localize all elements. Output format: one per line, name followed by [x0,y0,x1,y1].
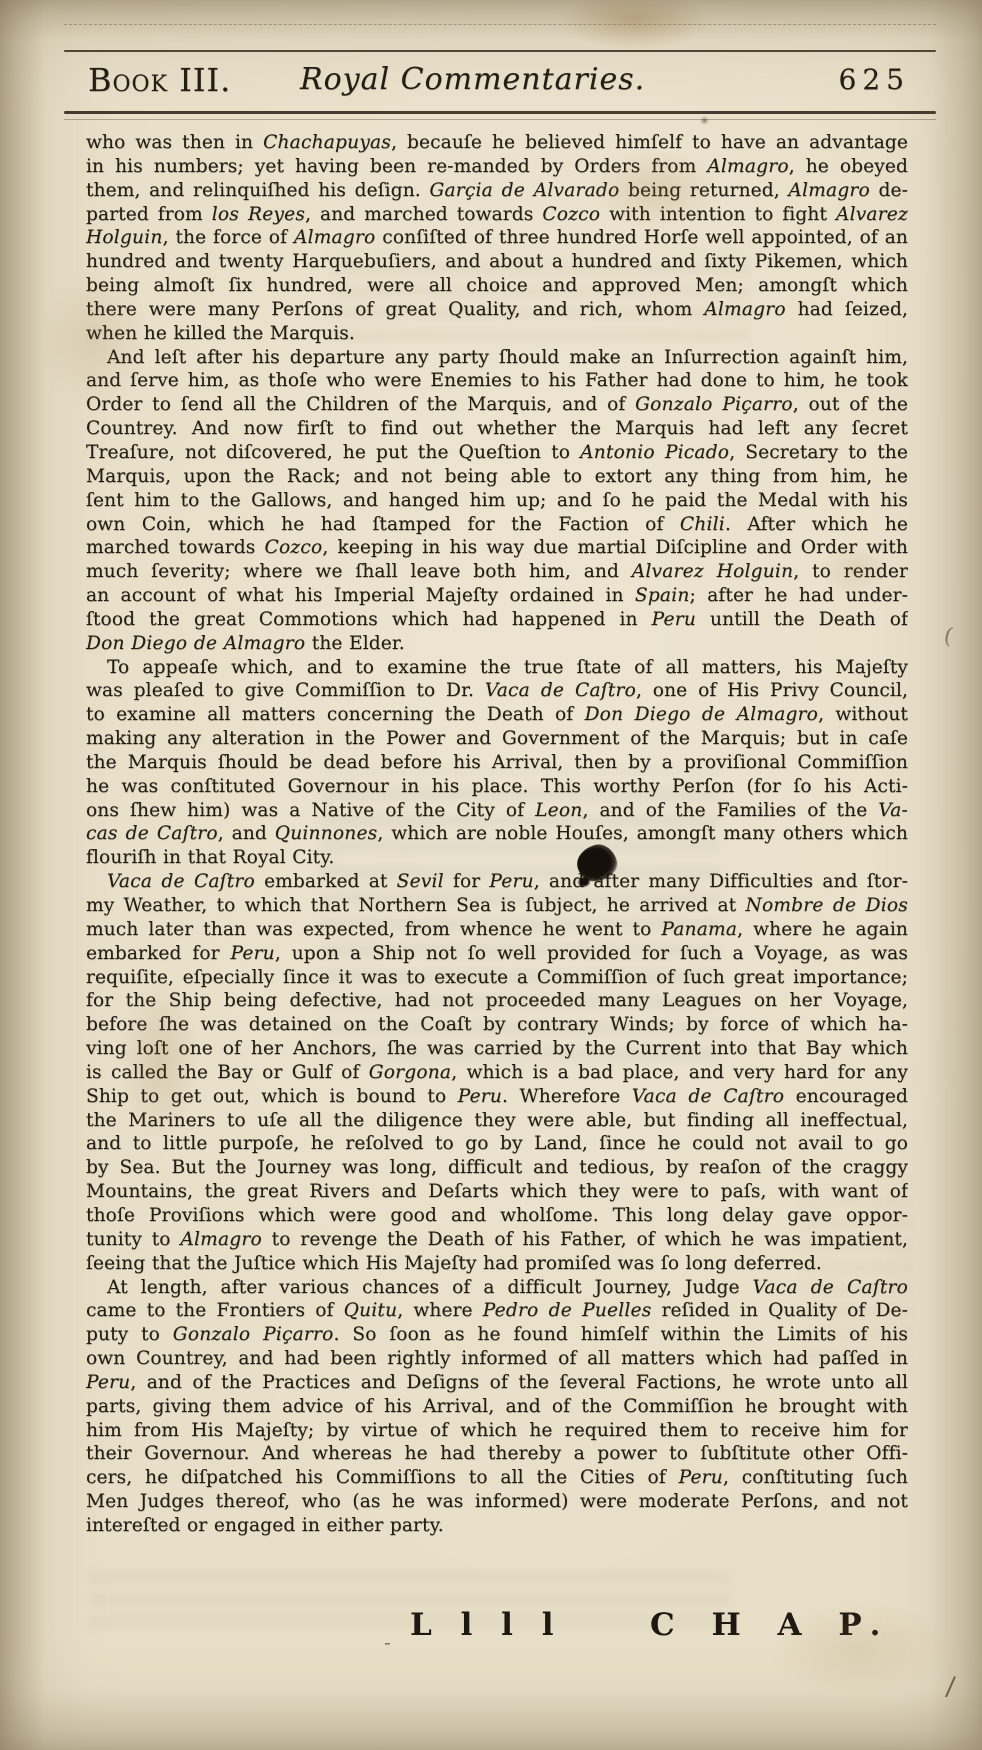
text-line: To appeaſe which, and to examine the tru… [86,656,908,680]
text-line: much ſeverity; where we ſhall leave both… [86,560,908,584]
text-line: ſeeing that the Juſtice which His Majeſt… [86,1252,908,1276]
text-line: Mountains, the great Rivers and Deſarts … [86,1180,908,1204]
text-line: parts, giving them advice of his Arrival… [86,1395,908,1419]
text-line: came to the Frontiers of Quitu, where Pe… [86,1299,908,1323]
text-line: in his numbers; yet having been re-mande… [86,155,908,179]
text-line: ving loſt one of her Anchors, ſhe was ca… [86,1037,908,1061]
text-line: At length, after various chances of a di… [86,1276,908,1300]
text-line: the Marquis ſhould be dead before his Ar… [86,751,908,775]
text-line: Don Diego de Almagro the Elder. [86,632,908,656]
header-bottom-rule [64,111,936,114]
text-line: there were many Perſons of great Quality… [86,298,908,322]
footer-dash: - [384,1630,391,1654]
text-line: Order to ſend all the Children of the Ma… [86,393,908,417]
text-line: ſtood the great Commotions which had hap… [86,608,908,632]
right-margin-pen-mark: ( [941,623,955,649]
top-faint-rule [64,24,936,25]
text-line: making any alteration in the Power and G… [86,727,908,751]
text-line: for the Ship being defective, had not pr… [86,989,908,1013]
text-line: an account of what his Imperial Majeſty … [86,584,908,608]
text-line: hundred and twenty Harquebuſiers, and ab… [86,250,908,274]
text-line: my Weather, to which that Northern Sea i… [86,894,908,918]
book-label: Book III. [88,58,231,102]
text-line: he was conſtituted Governour in his plac… [86,775,908,799]
signature-mark: L l l l [410,1607,563,1643]
text-line: the Mariners to uſe all the diligence th… [86,1109,908,1133]
text-line: own Coin, which he had ſtamped for the F… [86,513,908,537]
text-line: And leſt after his departure any party ſ… [86,346,908,370]
text-line: and ſerve him, as thoſe who were Enemies… [86,369,908,393]
text-line: who was then in Chachapuyas, becauſe he … [86,131,908,155]
text-line: Marquis, upon the Rack; and not being ab… [86,465,908,489]
text-line: was pleaſed to give Commiſſion to Dr. Va… [86,679,908,703]
scanned-book-page: Book III. Royal Commentaries. 625 who wa… [0,0,982,1750]
running-title: Royal Commentaries. [300,58,645,102]
text-line: and to little purpoſe, he reſolved to go… [86,1132,908,1156]
text-line: tunity to Almagro to revenge the Death o… [86,1228,908,1252]
text-line: own Countrey, and had been rightly infor… [86,1347,908,1371]
catchword: C H A P. [650,1607,893,1643]
text-line: puty to Gonzalo Piçarro. So ſoon as he f… [86,1323,908,1347]
text-line: thoſe Proviſions which were good and who… [86,1204,908,1228]
text-line: Ship to get out, which is bound to Peru.… [86,1085,908,1109]
text-line: Holguin, the force of Almagro conſiſted … [86,226,908,250]
text-line: flouriſh in that Royal City. [86,846,908,870]
text-line: by Sea. But the Journey was long, diffic… [86,1156,908,1180]
text-line: Countrey. And now firſt to find out whet… [86,417,908,441]
header-top-rule [64,50,936,52]
page-number: 625 [839,58,910,102]
text-line: parted from los Reyes, and marched towar… [86,203,908,227]
text-line: requiſite, eſpecially ſince it was to ex… [86,966,908,990]
text-line: Men Judges thereof, who (as he was infor… [86,1490,908,1514]
text-line: intereſted or engaged in either party. [86,1514,908,1538]
text-line: when he killed the Marquis. [86,322,908,346]
text-line: their Governour. And whereas he had ther… [86,1442,908,1466]
text-line: before ſhe was detained on the Coaſt by … [86,1013,908,1037]
bottom-right-pen-mark: / [944,1672,956,1703]
text-line: is called the Bay or Gulf of Gorgona, wh… [86,1061,908,1085]
text-line: Peru, and of the Practices and Deſigns o… [86,1371,908,1395]
text-line: much later than was expected, from whenc… [86,918,908,942]
text-line: ſent him to the Gallows, and hanged him … [86,489,908,513]
text-line: Treaſure, not diſcovered, he put the Que… [86,441,908,465]
text-line: ons ſhew him) was a Native of the City o… [86,799,908,823]
text-line: cers, he diſpatched his Commiſſions to a… [86,1466,908,1490]
text-line: them, and relinquiſhed his deſign. Garçi… [86,179,908,203]
text-line: embarked for Peru, upon a Ship not ſo we… [86,942,908,966]
text-line: being almoſt ſix hundred, were all choic… [86,274,908,298]
header-bottom-rule-echo [64,119,936,120]
text-line: cas de Caſtro, and Quinnones, which are … [86,822,908,846]
text-line: Vaca de Caſtro embarked at Sevil for Per… [86,870,908,894]
text-line: marched towards Cozco, keeping in his wa… [86,536,908,560]
page-header: Book III. Royal Commentaries. 625 [0,58,982,106]
text-line: to examine all matters concerning the De… [86,703,908,727]
text-line: him from His Majeſty; by virtue of which… [86,1419,908,1443]
body-text: who was then in Chachapuyas, becauſe he … [86,131,908,1538]
